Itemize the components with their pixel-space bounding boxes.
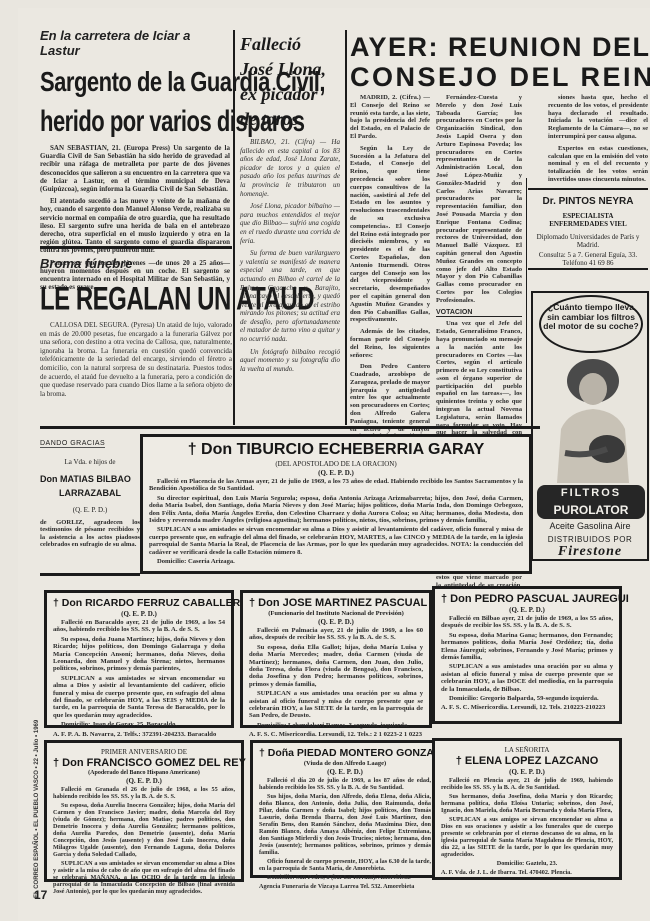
divider	[40, 426, 540, 429]
speech-bubble: ¿Cuánto tiempo lleva sin cambiar los fil…	[539, 295, 643, 353]
story-headline-line-2: CONSEJO DEL REINO	[350, 62, 650, 92]
obituary-ferruz: † Don RICARDO FERRUZ CABALLERO (Q. E. P.…	[44, 590, 234, 728]
column-rule	[345, 30, 347, 425]
obituary-name: † Don JOSE MARTINEZ PASCUAL	[249, 597, 423, 609]
side-caption: EL CORREO ESPAÑOL • EL PUEBLO VASCO • 22…	[34, 668, 44, 898]
newspaper-page: EL CORREO ESPAÑOL • EL PUEBLO VASCO • 22…	[18, 8, 650, 921]
banner-filtros: FILTROS	[537, 485, 645, 501]
firestone-logo: Firestone	[533, 544, 647, 560]
obituary-martinez: † Don JOSE MARTINEZ PASCUAL (Funcionario…	[240, 590, 432, 728]
story-headline-line-1: Sargento de la Guardia Civil,	[40, 66, 230, 104]
obituary-name: † Don PEDRO PASCUAL JAUREGUI	[441, 593, 613, 605]
story-headline: Falleció José Llona, ex picador de toros	[240, 32, 340, 132]
story-consejo: AYER: REUNION DEL CONSEJO DEL REINO	[350, 32, 650, 92]
notice-dando-gracias: DANDO GRACIAS La Vda. e hijos de Don MAT…	[40, 432, 140, 549]
notice-heading: DANDO GRACIAS	[40, 440, 105, 448]
obituary-gomez: PRIMER ANIVERSARIO DE † Don FRANCISCO GO…	[44, 740, 244, 882]
products-line: Aceite Gasolina Aire	[533, 521, 647, 531]
banner-purolator: PUROLATOR	[537, 501, 645, 519]
notice-name: Don MATIAS BILBAO	[40, 474, 140, 484]
column-rule	[526, 178, 527, 423]
story-kicker: Broma fúnebre	[40, 256, 232, 271]
story-body: BILBAO, 21. (Cifra) — Ha fallecido en es…	[240, 138, 340, 373]
obituary-name: † Don RICARDO FERRUZ CABALLERO	[53, 597, 225, 609]
woman-with-filter-illustration	[547, 357, 639, 483]
obituary-lopez: LA SEÑORITA † ELENA LOPEZ LAZCANO (Q. E.…	[432, 738, 622, 880]
doctor-name: Dr. PINTOS NEYRA	[528, 196, 648, 207]
obituary-pascual: † Don PEDRO PASCUAL JAUREGUI (Q. E. P. D…	[432, 586, 622, 724]
story-kicker: En la carretera de Iciar a Lastur	[40, 28, 230, 58]
ad-purolator: ¿Cuánto tiempo lleva sin cambiar los fil…	[531, 291, 649, 561]
column-rule	[233, 30, 235, 425]
obituary-montero: † Doña PIEDAD MONTERO GONZALEZ (Viuda de…	[250, 740, 440, 878]
page-number: 17	[34, 888, 47, 902]
obituary-name: † Don TIBURCIO ECHEBERRIA GARAY	[149, 441, 523, 459]
ad-doctor: Dr. PINTOS NEYRA ESPECIALISTA ENFERMEDAD…	[528, 188, 648, 270]
divider	[40, 246, 232, 249]
divider	[40, 573, 140, 576]
story-headline: LE REGALAN UN ATAUD	[40, 281, 232, 335]
consejo-col-3: siones hasta que, hecho el recuento de l…	[548, 94, 648, 188]
subhead-votacion: VOTACION	[436, 309, 522, 318]
story-headline-line-1: AYER: REUNION DEL	[350, 32, 650, 62]
distributed-by: DISTRIBUIDOS POR	[533, 535, 647, 544]
story-llona: Falleció José Llona, ex picador de toros…	[240, 32, 340, 377]
obituary-name: † Don FRANCISCO GOMEZ DEL REY	[53, 757, 235, 769]
obituary-name: † Doña PIEDAD MONTERO GONZALEZ	[259, 747, 431, 759]
story-ataud: Broma fúnebre LE REGALAN UN ATAUD CALLOS…	[40, 256, 232, 402]
story-headline-line-2: herido por varios disparos	[40, 104, 230, 153]
obituary-name: † ELENA LOPEZ LAZCANO	[441, 755, 613, 767]
obituary-echeberria: † Don TIBURCIO ECHEBERRIA GARAY (DEL APO…	[140, 434, 532, 574]
